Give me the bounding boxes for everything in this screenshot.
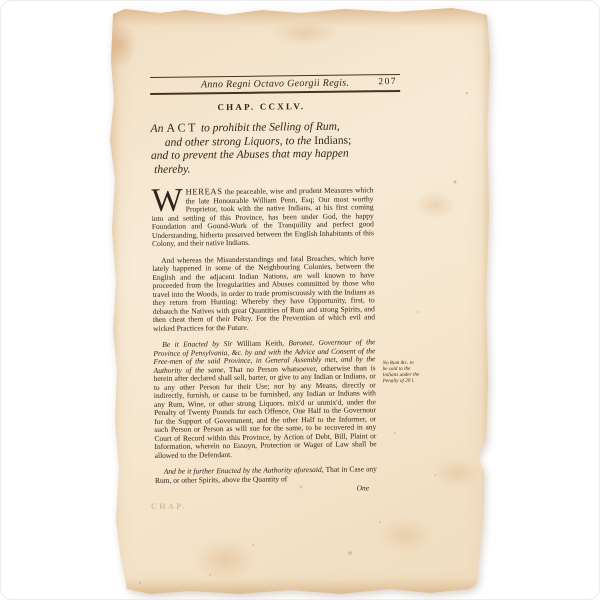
catchword: One: [155, 483, 377, 495]
chapter-heading: CHAP. CCXLV.: [150, 100, 372, 113]
paragraph-enacting: Be it Enacted by Sir William Keith, Baro…: [153, 338, 376, 460]
act-title-line-4: thereby.: [151, 161, 373, 177]
act-title-act: ACT: [166, 120, 198, 134]
text-measure: CHAP. CCXLV. AnACTto prohibit the Sellin…: [150, 100, 377, 495]
act-title-line2-indians: Indians;: [314, 134, 351, 146]
act-title-line-3: and to prevent the Abuses that may happe…: [151, 147, 373, 163]
document-page: Anno Regni Octavo Georgii Regis. 207 CHA…: [105, 5, 495, 598]
document-photo: Anno Regni Octavo Georgii Regis. 207 CHA…: [105, 5, 495, 598]
act-title: AnACTto prohibit the Selling of Rum, and…: [151, 119, 374, 177]
act-title-line2-pre: and other strong Liquors, to the: [165, 134, 315, 148]
running-header: Anno Regni Octavo Georgii Regis. 207: [150, 74, 400, 95]
margin-note: No Rum &c. to be sold to the Indians und…: [382, 360, 419, 384]
page-number: 207: [378, 77, 397, 88]
enacting-body: That no Person whatsoever, otherwise tha…: [154, 363, 377, 460]
bleed-through-text: CHAP.: [151, 502, 187, 511]
catchword-row: One: [155, 483, 377, 495]
page-text-block: Anno Regni Octavo Georgii Regis. 207 CHA…: [150, 74, 405, 495]
paragraph-further-enacted: And be it further Enacted by the Authori…: [155, 465, 377, 485]
running-header-title: Anno Regni Octavo Georgii Regis.: [201, 77, 349, 90]
drop-cap-w: W: [151, 188, 185, 214]
act-title-line1-rest: to prohibit the Selling of Rum,: [201, 121, 340, 135]
paragraph-whereas: WHEREAS the peaceable, wise and prudent …: [151, 185, 374, 248]
paragraph-and-whereas: And whereas the Misunderstandings and fa…: [152, 254, 375, 333]
act-title-an: An: [151, 123, 164, 135]
